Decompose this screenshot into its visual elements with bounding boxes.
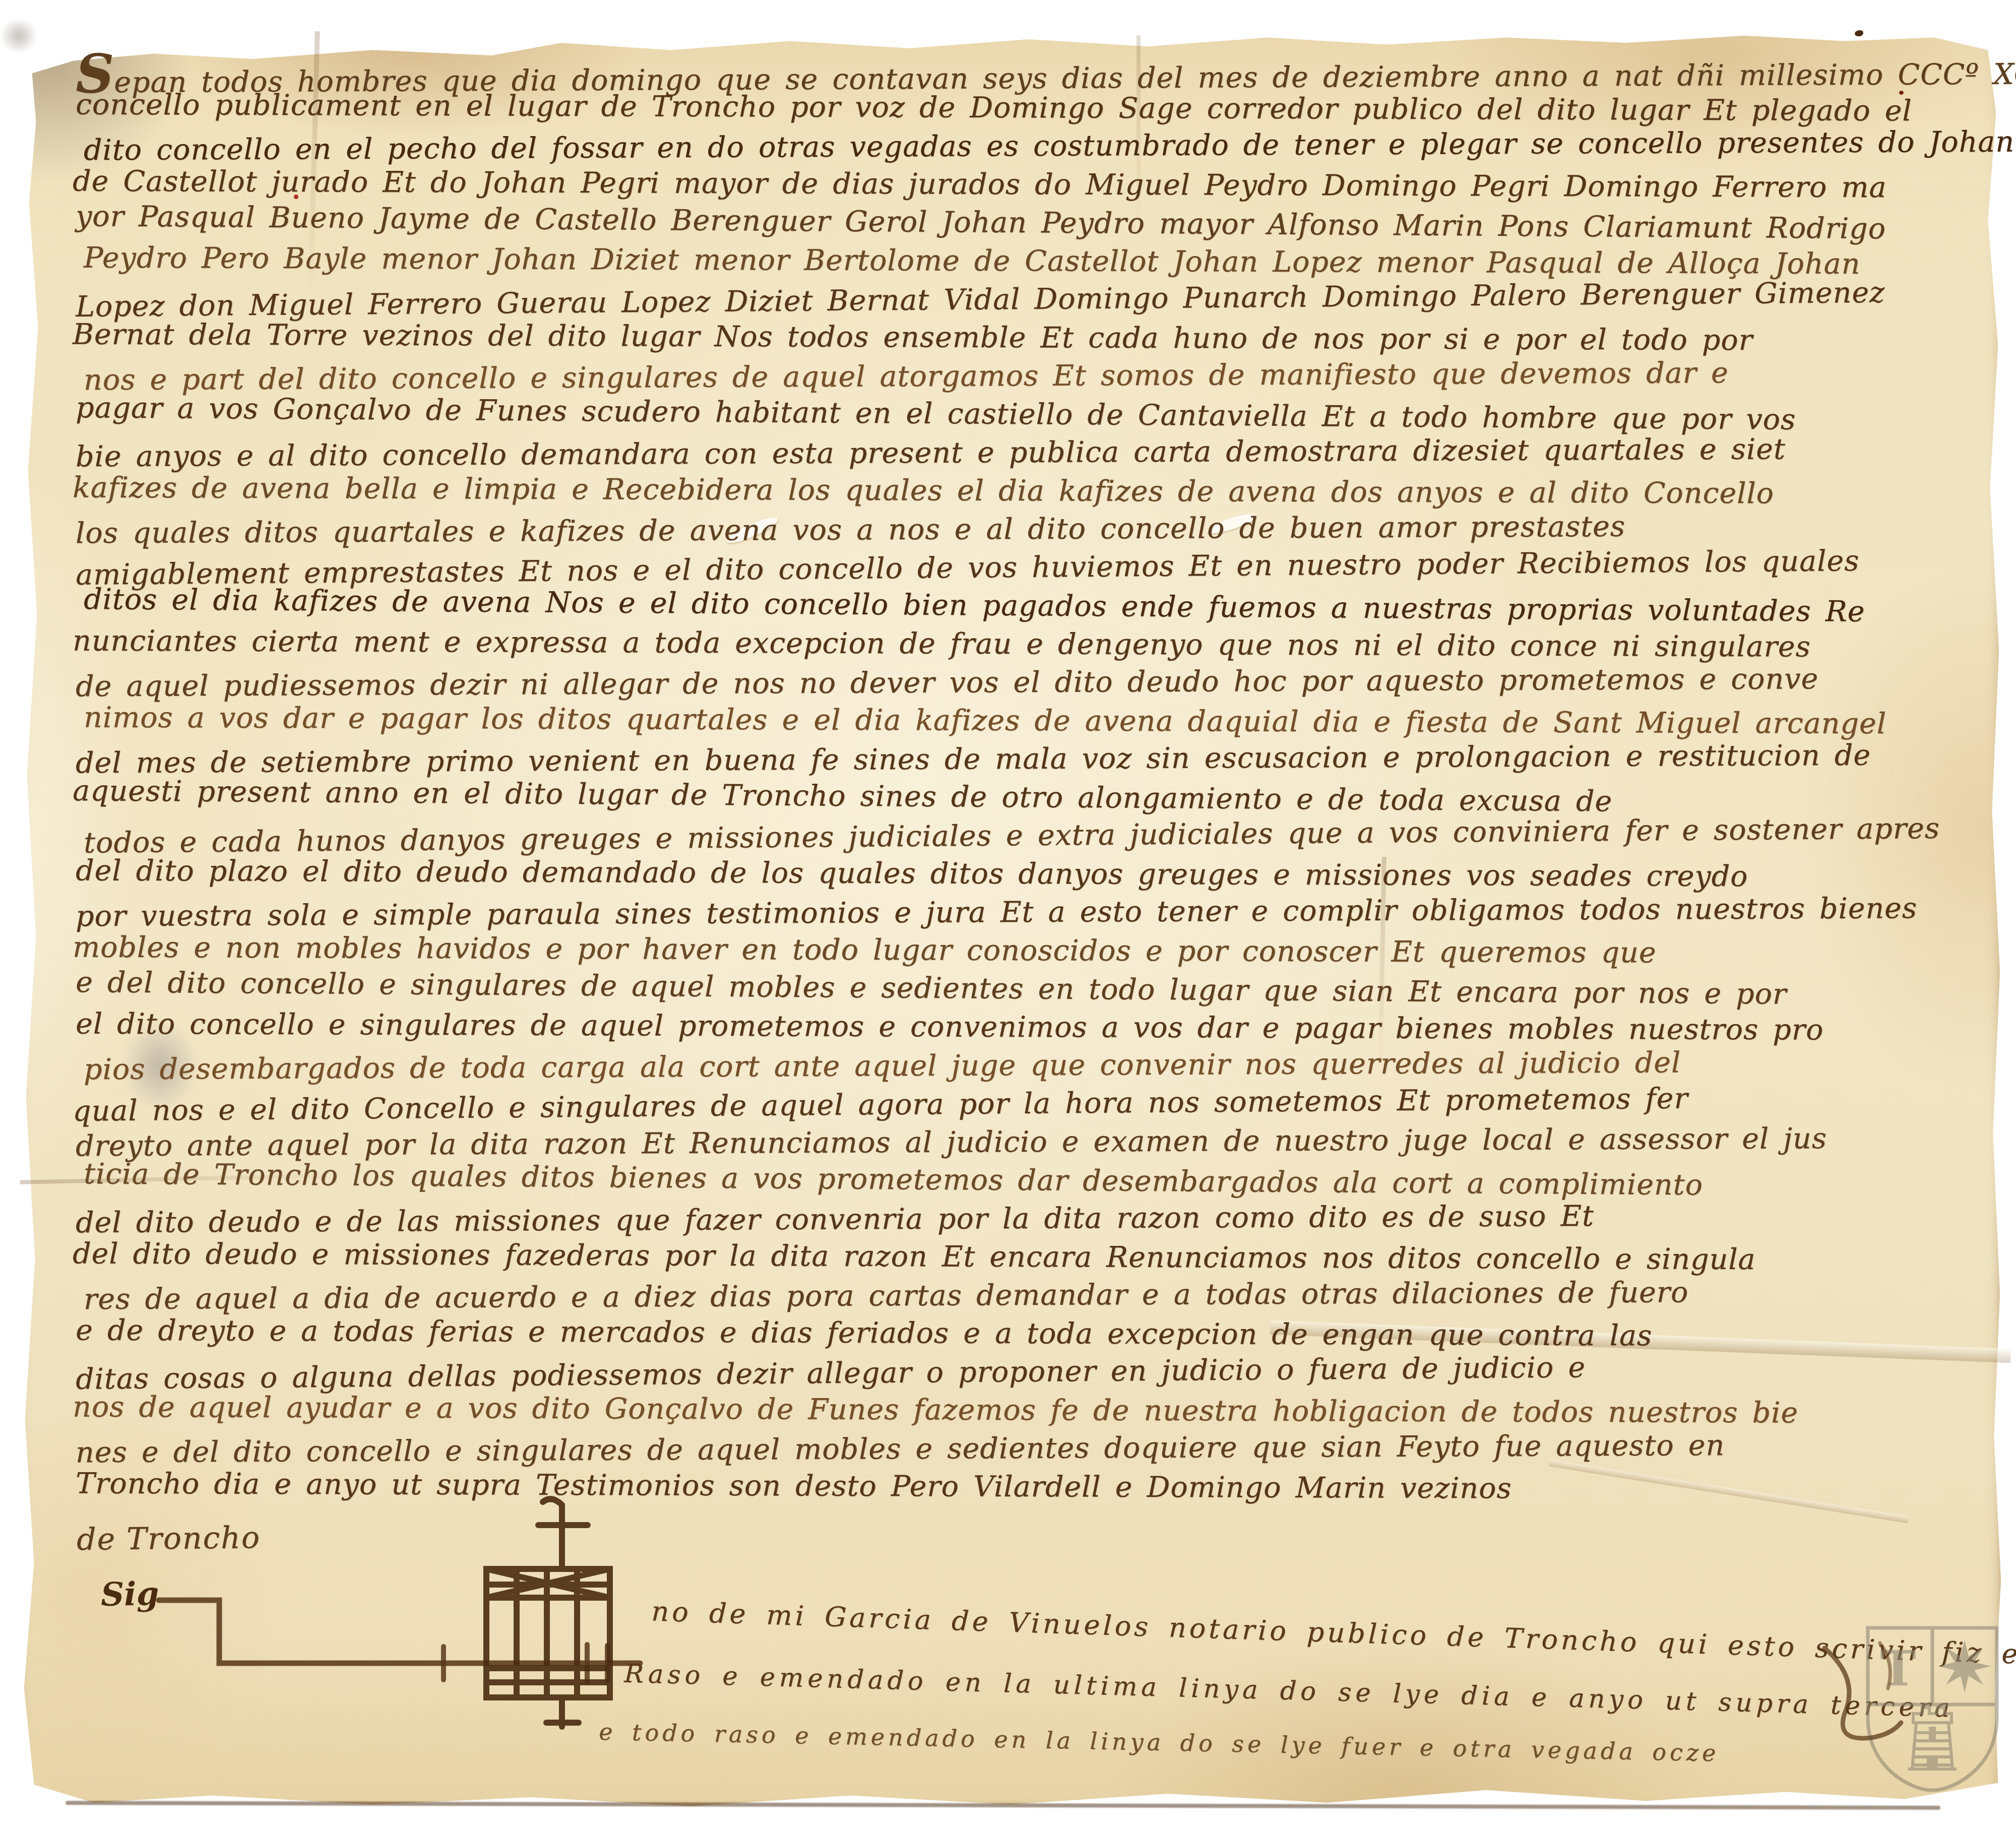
manuscript-line: el dito concello e singulares de aquel p…	[76, 1004, 1961, 1049]
manuscript-line: res de aquel a dia de acuerdo e a diez d…	[84, 1272, 1961, 1318]
manuscript-line: concello publicament en el lugar de Tron…	[76, 85, 1961, 130]
manuscript-line: nes e del dito concello e singulares de …	[76, 1425, 1961, 1472]
manuscript-line: del dito plazo el dito deudo demandado d…	[76, 851, 1961, 896]
manuscript-line: nos de aquel ayudar e a vos dito Gonçalv…	[73, 1387, 1961, 1432]
page-background: Sepan todos hombres que dia domingo que …	[0, 0, 2016, 1830]
manuscript-line: del dito deudo e missiones fazederas por…	[73, 1234, 1961, 1279]
dark-hole-speck	[1855, 30, 1863, 36]
manuscript-line: de aquel pudiessemos dezir ni allegar de…	[76, 659, 1961, 706]
ink-flourish	[1804, 1633, 2006, 1764]
closing-line: de Troncho	[77, 1520, 261, 1557]
manuscript-line: nimos a vos dar e pagar los ditos quarta…	[84, 699, 1961, 743]
manuscript-line: dito concello en el pecho del fossar en …	[84, 123, 1961, 169]
manuscript-line: bie anyos e al dito concello demandara c…	[76, 429, 1961, 476]
notarial-signum-icon	[438, 1486, 655, 1758]
manuscript-line: Bernat dela Torre vezinos del dito lugar…	[73, 315, 1961, 360]
manuscript-text: Sepan todos hombres que dia domingo que …	[76, 50, 1961, 1506]
scanner-smudge	[0, 18, 37, 53]
manuscript-line: por vuestra sola e simple paraula sines …	[76, 889, 1961, 935]
manuscript-line: kafizes de avena bella e limpia e Recebi…	[73, 468, 1961, 513]
manuscript-line: del dito deudo e de las missiones que fa…	[76, 1195, 1961, 1242]
manuscript-line: Troncho dia e anyo ut supra Testimonios …	[76, 1464, 1961, 1509]
manuscript-line: nunciantes cierta ment e expressa a toda…	[73, 621, 1961, 666]
manuscript-line: Sepan todos hombres que dia domingo que …	[76, 46, 1961, 93]
